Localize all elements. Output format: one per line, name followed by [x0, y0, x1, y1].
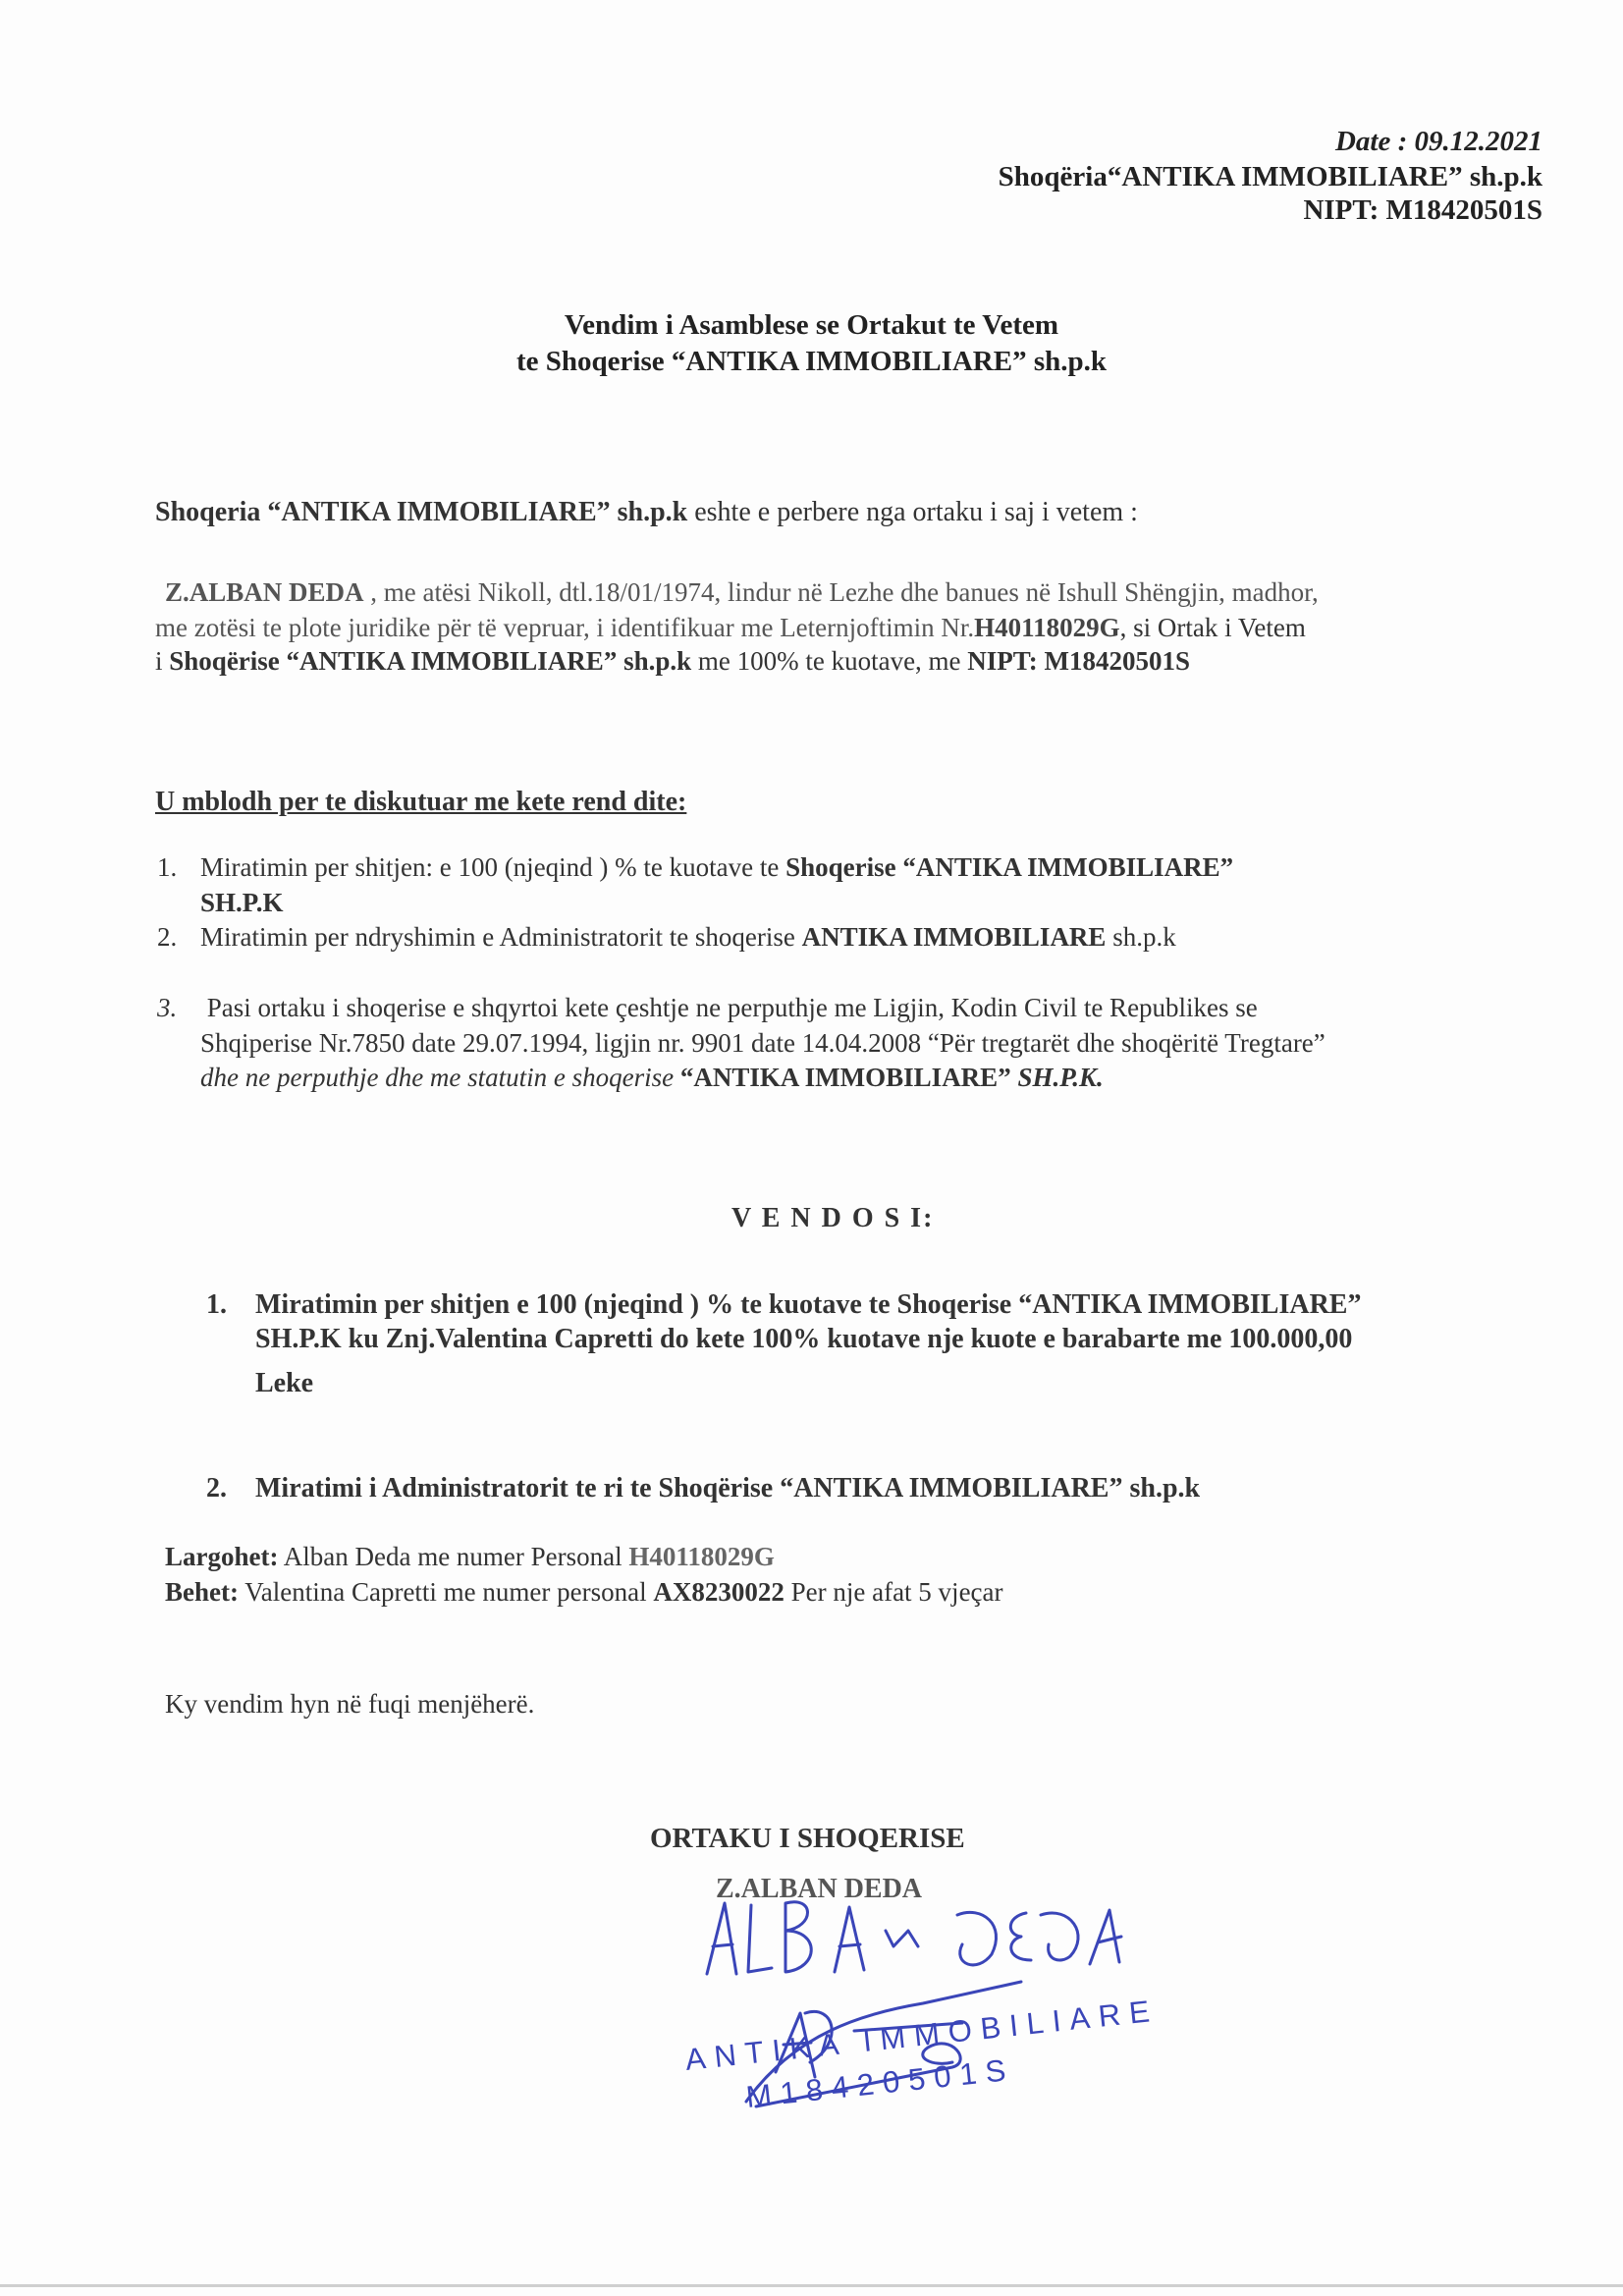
- leaving-label: Largohet:: [165, 1542, 278, 1571]
- decision-2-text: Miratimi i Administratorit te ri te Shoq…: [255, 1473, 1200, 1503]
- document-title-line2: te Shoqerise “ANTIKA IMMOBILIARE” sh.p.k: [0, 346, 1623, 378]
- administrator-leaving: Largohet: Alban Deda me numer Personal H…: [165, 1538, 775, 1575]
- intro-paragraph: Shoqeria “ANTIKA IMMOBILIARE” sh.p.k esh…: [155, 494, 1138, 531]
- agenda-item-2-suffix: sh.p.k: [1106, 922, 1175, 952]
- decision-1-line3: Leke: [255, 1365, 313, 1402]
- decision-1-line2: SH.P.K ku Znj.Valentina Capretti do kete…: [255, 1321, 1352, 1358]
- partner-role-text: , si Ortak i Vetem: [1120, 613, 1306, 642]
- agenda-item-3-line1: Pasi ortaku i shoqerise e shqyrtoi kete …: [200, 993, 1258, 1022]
- becomes-term: Per nje afat 5 vjeçar: [784, 1577, 1003, 1607]
- partner-line-1: Z.ALBAN DEDA , me atësi Nikoll, dtl.18/0…: [165, 574, 1319, 611]
- becomes-label: Behet:: [165, 1577, 239, 1607]
- partner-details: , me atësi Nikoll, dtl.18/01/1974, lindu…: [364, 577, 1319, 607]
- agenda-item-2-text: Miratimin per ndryshimin e Administrator…: [200, 922, 802, 952]
- agenda-item-1-text: Miratimin per shitjen: e 100 (njeqind ) …: [200, 852, 785, 882]
- agenda-item-1: 1.Miratimin per shitjen: e 100 (njeqind …: [157, 848, 1233, 886]
- decision-2: 2.Miratimi i Administratorit te ri te Sh…: [206, 1470, 1200, 1507]
- decision-1-line1: 1.Miratimin per shitjen e 100 (njeqind )…: [206, 1286, 1361, 1324]
- becomes-text: Valentina Capretti me numer personal: [239, 1577, 653, 1607]
- partner-nipt: NIPT: M18420501S: [967, 646, 1190, 676]
- document-date: Date : 09.12.2021: [1335, 126, 1542, 158]
- agenda-item-2-number: 2.: [157, 918, 200, 956]
- signature-role: ORTAKU I SHOQERISE: [650, 1820, 965, 1857]
- agenda-item-3-company: “ANTIKA IMMOBILIARE”: [680, 1063, 1011, 1092]
- agenda-item-3-line3: dhe ne perputhje dhe me statutin e shoqe…: [200, 1059, 1104, 1096]
- document-title-line1: Vendim i Asamblese se Ortakut te Vetem: [0, 309, 1623, 342]
- administrator-becomes: Behet: Valentina Capretti me numer perso…: [165, 1573, 1003, 1611]
- partner-line3-prefix: i: [155, 646, 169, 676]
- partner-line-2: me zotësi te plote juridike për të vepru…: [155, 609, 1306, 646]
- decision-1-text: Miratimin per shitjen e 100 (njeqind ) %…: [255, 1289, 1361, 1320]
- agenda-item-1-continuation: SH.P.K: [200, 884, 284, 921]
- agenda-item-3-line2: Shqiperise Nr.7850 date 29.07.1994, ligj…: [200, 1024, 1325, 1062]
- header-nipt: NIPT: M18420501S: [1303, 194, 1542, 227]
- agenda-item-2: 2.Miratimin per ndryshimin e Administrat…: [157, 918, 1176, 956]
- leaving-text: Alban Deda me numer Personal: [278, 1542, 628, 1571]
- agenda-item-1-company: Shoqerise “ANTIKA IMMOBILIARE”: [785, 852, 1233, 882]
- agenda-item-3: 3. Pasi ortaku i shoqerise e shqyrtoi ke…: [157, 989, 1258, 1026]
- document-page: Date : 09.12.2021 Shoqëria“ANTIKA IMMOBI…: [0, 0, 1623, 2296]
- leaving-id: H40118029G: [628, 1542, 775, 1571]
- agenda-item-2-company: ANTIKA IMMOBILIARE: [802, 922, 1107, 952]
- agenda-item-3-number: 3.: [157, 989, 200, 1026]
- partner-capacity-text: me zotësi te plote juridike për të vepru…: [155, 613, 974, 642]
- becomes-id: AX8230022: [653, 1577, 784, 1607]
- effective-statement: Ky vendim hyn në fuqi menjëherë.: [165, 1685, 534, 1722]
- partner-company: Shoqërise “ANTIKA IMMOBILIARE” sh.p.k: [169, 646, 691, 676]
- agenda-heading: U mblodh per te diskutuar me kete rend d…: [155, 784, 686, 821]
- partner-name: Z.ALBAN DEDA: [165, 577, 364, 607]
- partner-id-number: H40118029G: [974, 613, 1120, 642]
- intro-text: eshte e perbere nga ortaku i saj i vetem…: [687, 497, 1138, 527]
- partner-line-3: i Shoqërise “ANTIKA IMMOBILIARE” sh.p.k …: [155, 642, 1190, 680]
- agenda-item-1-number: 1.: [157, 848, 200, 886]
- agenda-item-3-italic: dhe ne perputhje dhe me statutin e shoqe…: [200, 1063, 680, 1092]
- header-company-name: Shoqëria“ANTIKA IMMOBILIARE” sh.p.k: [999, 161, 1542, 193]
- decision-heading: V E N D O S I:: [731, 1200, 934, 1237]
- partner-quota-text: me 100% te kuotave, me: [691, 646, 967, 676]
- page-bottom-edge: [0, 2284, 1623, 2287]
- decision-2-number: 2.: [206, 1470, 255, 1507]
- intro-company: Shoqeria “ANTIKA IMMOBILIARE” sh.p.k: [155, 497, 687, 527]
- agenda-item-3-suffix: SH.P.K.: [1011, 1063, 1104, 1092]
- decision-1-number: 1.: [206, 1286, 255, 1324]
